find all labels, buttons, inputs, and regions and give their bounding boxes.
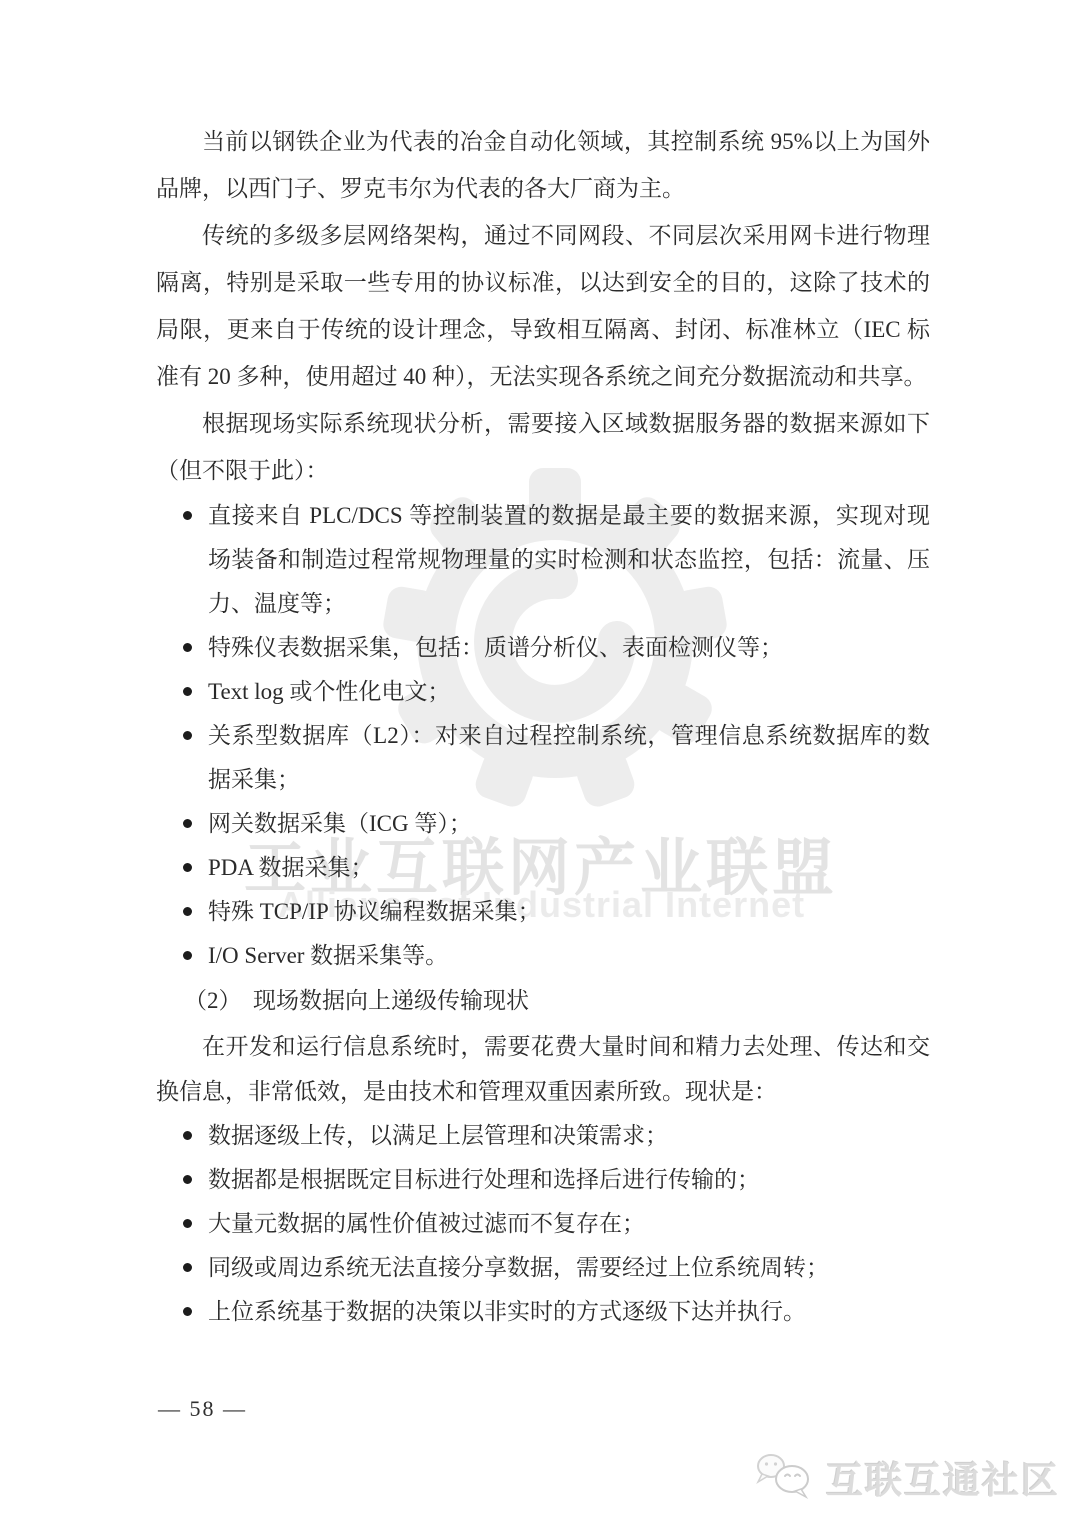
bullet-item: I/O Server 数据采集等。 (156, 934, 930, 978)
paragraph: 传统的多级多层网络架构，通过不同网段、不同层次采用网卡进行物理隔离，特别是采取一… (156, 212, 930, 400)
bullet-item: 数据都是根据既定目标进行处理和选择后进行传输的； (156, 1158, 930, 1202)
bullet-item: 上位系统基于数据的决策以非实时的方式逐级下达并执行。 (156, 1290, 930, 1334)
status-paragraph: 在开发和运行信息系统时，需要花费大量时间和精力去处理、传达和交换信息，非常低效，… (156, 1024, 930, 1114)
paragraph: 根据现场实际系统现状分析，需要接入区域数据服务器的数据来源如下（但不限于此）： (156, 400, 930, 494)
bullet-item: 直接来自 PLC/DCS 等控制装置的数据是最主要的数据来源，实现对现场装备和制… (156, 494, 930, 626)
bullet-item: 特殊 TCP/IP 协议编程数据采集； (156, 890, 930, 934)
bullet-item: 关系型数据库（L2）：对来自过程控制系统，管理信息系统数据库的数据采集； (156, 714, 930, 802)
document-page-content: 当前以钢铁企业为代表的冶金自动化领域，其控制系统 95%以上为国外品牌，以西门子… (156, 118, 930, 1334)
community-badge: 互联互通社区 (754, 1450, 1060, 1504)
community-badge-label: 互联互通社区 (826, 1450, 1060, 1504)
bullet-item: 大量元数据的属性价值被过滤而不复存在； (156, 1202, 930, 1246)
intro-paragraphs: 当前以钢铁企业为代表的冶金自动化领域，其控制系统 95%以上为国外品牌，以西门子… (156, 118, 930, 494)
data-source-bullet-list: 直接来自 PLC/DCS 等控制装置的数据是最主要的数据来源，实现对现场装备和制… (156, 494, 930, 978)
bullet-item: 特殊仪表数据采集，包括：质谱分析仪、表面检测仪等； (156, 626, 930, 670)
wechat-chat-bubbles-icon (754, 1451, 818, 1503)
bullet-item: 同级或周边系统无法直接分享数据，需要经过上位系统周转； (156, 1246, 930, 1290)
section-heading: （2） 现场数据向上递级传输现状 (156, 978, 930, 1024)
document-page: { "document": { "intro_paragraphs": [ "当… (0, 0, 1080, 1527)
page-number: — 58 — (158, 1396, 247, 1422)
bullet-item: 网关数据采集（ICG 等）； (156, 802, 930, 846)
paragraph: 当前以钢铁企业为代表的冶金自动化领域，其控制系统 95%以上为国外品牌，以西门子… (156, 118, 930, 212)
bullet-item: PDA 数据采集； (156, 846, 930, 890)
bullet-item: 数据逐级上传，以满足上层管理和决策需求； (156, 1114, 930, 1158)
bullet-item: Text log 或个性化电文； (156, 670, 930, 714)
status-bullet-list: 数据逐级上传，以满足上层管理和决策需求； 数据都是根据既定目标进行处理和选择后进… (156, 1114, 930, 1334)
